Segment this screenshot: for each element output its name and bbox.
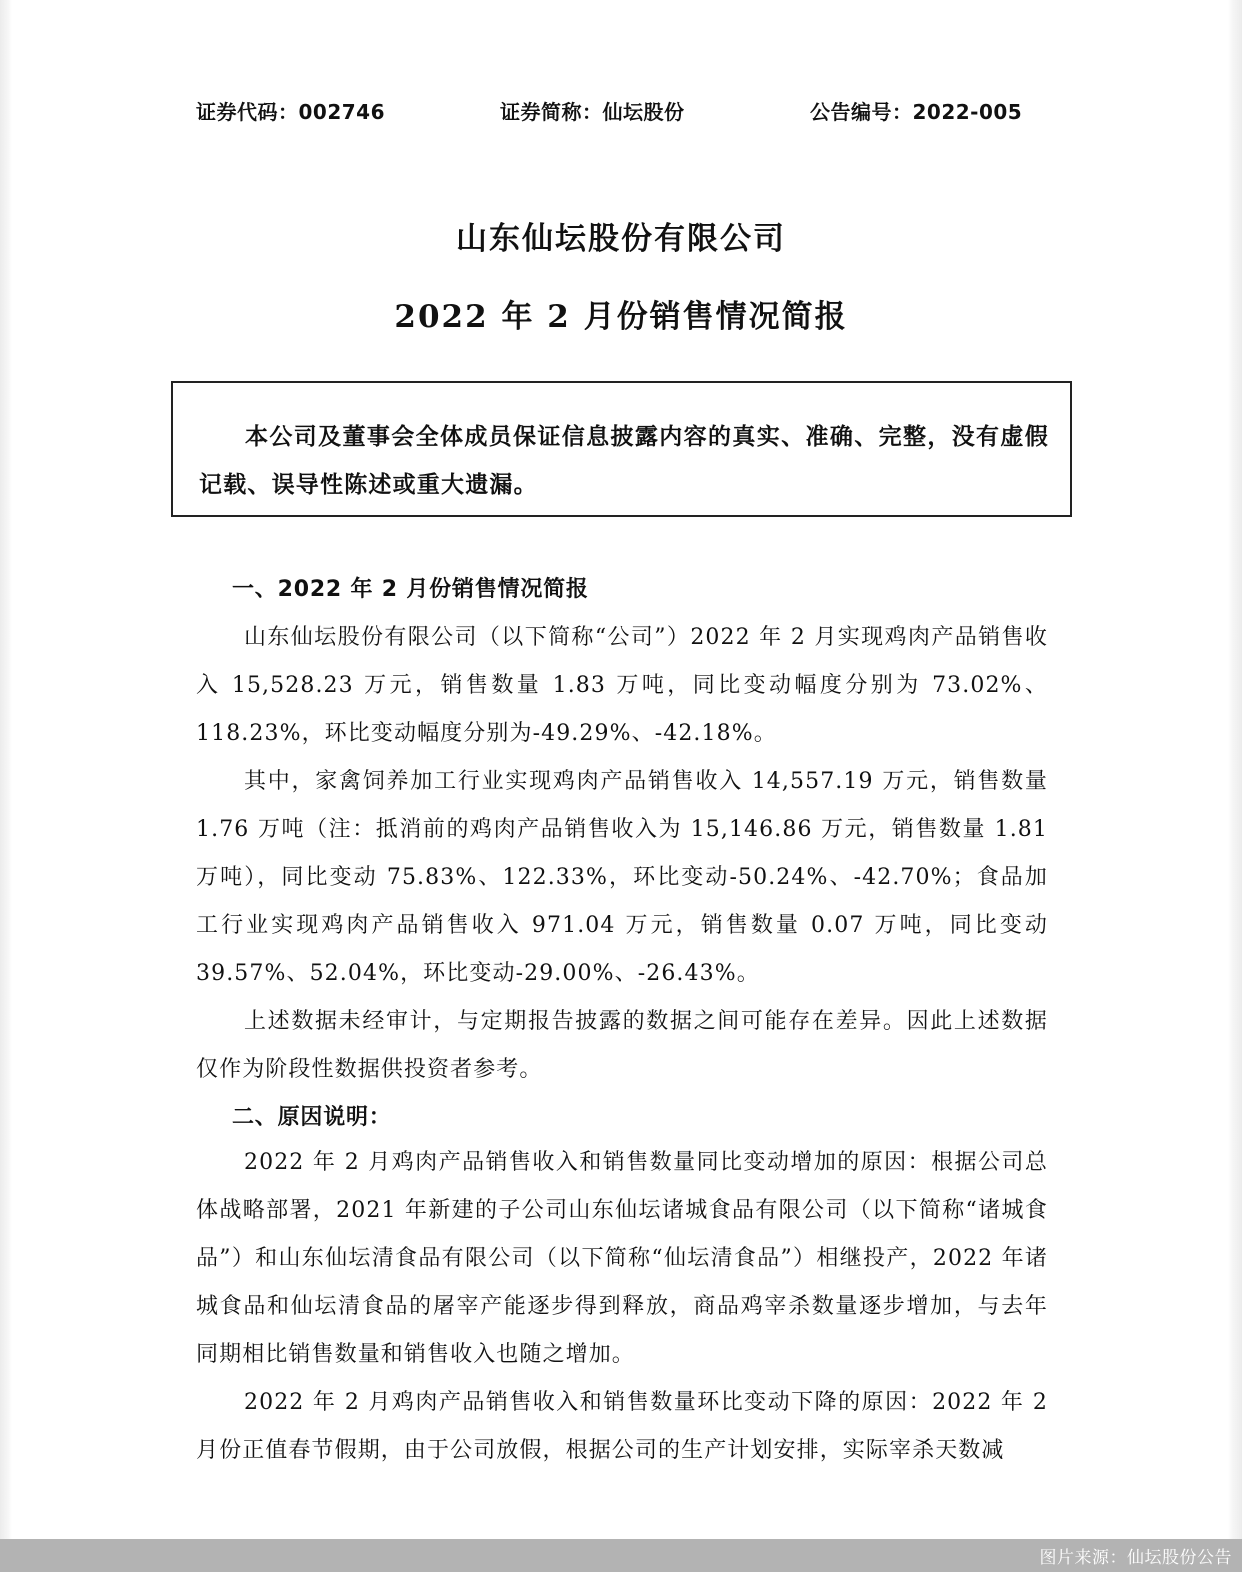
report-title-text: 2022 年 2 月份销售情况简报 bbox=[394, 299, 847, 335]
paragraph: 2022 年 2 月鸡肉产品销售收入和销售数量同比变动增加的原因：根据公司总体战… bbox=[196, 1139, 1048, 1379]
report-title: 2022 年 2 月份销售情况简报 bbox=[0, 291, 1242, 336]
section-1-heading: 一、2022 年 2 月份销售情况简报 bbox=[232, 572, 589, 603]
company-title: 山东仙坛股份有限公司 bbox=[0, 213, 1242, 258]
stock-code: 证券代码：002746 bbox=[196, 96, 385, 125]
paragraph: 2022 年 2 月鸡肉产品销售收入和销售数量环比变动下降的原因：2022 年 … bbox=[196, 1379, 1048, 1475]
stock-name: 证券简称：仙坛股份 bbox=[500, 96, 685, 125]
announcement-header: 证券代码：002746 证券简称：仙坛股份 公告编号：2022-005 bbox=[196, 96, 1046, 128]
image-source-caption: 图片来源：仙坛股份公告 bbox=[1040, 1543, 1233, 1568]
disclosure-notice-box: 本公司及董事会全体成员保证信息披露内容的真实、准确、完整，没有虚假记载、误导性陈… bbox=[171, 381, 1072, 517]
paragraph: 山东仙坛股份有限公司（以下简称“公司”）2022 年 2 月实现鸡肉产品销售收入… bbox=[196, 614, 1048, 758]
announcement-number: 公告编号：2022-005 bbox=[810, 96, 1022, 125]
paragraph: 其中，家禽饲养加工行业实现鸡肉产品销售收入 14,557.19 万元，销售数量 … bbox=[196, 758, 1048, 998]
document-page: 证券代码：002746 证券简称：仙坛股份 公告编号：2022-005 山东仙坛… bbox=[0, 0, 1242, 1539]
section-2-body: 2022 年 2 月鸡肉产品销售收入和销售数量同比变动增加的原因：根据公司总体战… bbox=[196, 1139, 1048, 1475]
section-2-heading: 二、原因说明： bbox=[232, 1100, 392, 1131]
image-source-caption-bar: 图片来源：仙坛股份公告 bbox=[0, 1539, 1242, 1572]
section-1-body: 山东仙坛股份有限公司（以下简称“公司”）2022 年 2 月实现鸡肉产品销售收入… bbox=[196, 614, 1048, 1094]
paragraph: 上述数据未经审计，与定期报告披露的数据之间可能存在差异。因此上述数据仅作为阶段性… bbox=[196, 998, 1048, 1094]
disclosure-notice-text: 本公司及董事会全体成员保证信息披露内容的真实、准确、完整，没有虚假记载、误导性陈… bbox=[199, 413, 1049, 509]
